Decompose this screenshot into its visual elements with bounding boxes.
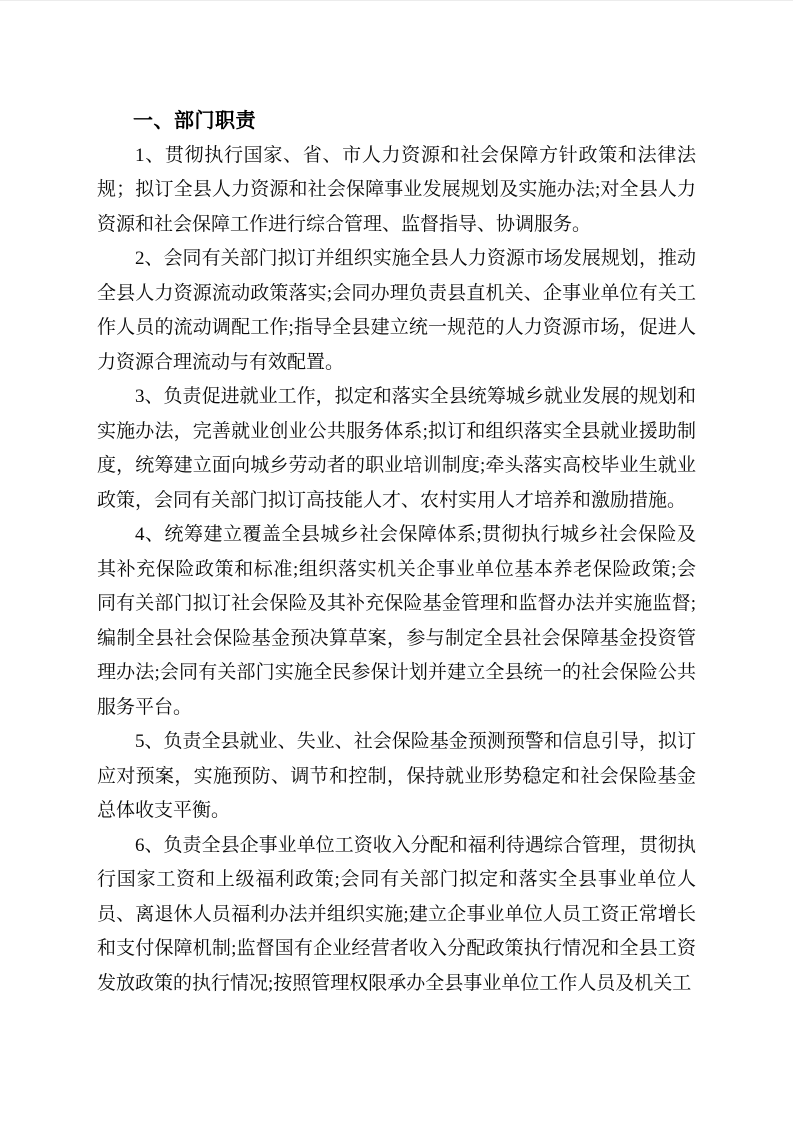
section-heading: 一、部门职责: [97, 104, 696, 139]
paragraph-duty-4: 4、统筹建立覆盖全县城乡社会保障体系;贯彻执行城乡社会保险及其补充保险政策和标准…: [97, 518, 696, 725]
paragraph-duty-1: 1、贯彻执行国家、省、市人力资源和社会保障方针政策和法律法规；拟订全县人力资源和…: [97, 139, 696, 243]
paragraph-duty-6: 6、负责全县企事业单位工资收入分配和福利待遇综合管理，贯彻执行国家工资和上级福利…: [97, 829, 696, 1002]
document-page-background: { "document": { "heading": "一、部门职责", "pa…: [0, 0, 793, 1122]
document-page: 一、部门职责 1、贯彻执行国家、省、市人力资源和社会保障方针政策和法律法规；拟订…: [0, 0, 793, 1122]
page-top-edge: [0, 0, 793, 1]
paragraph-duty-3: 3、负责促进就业工作，拟定和落实全县统筹城乡就业发展的规划和实施办法，完善就业创…: [97, 380, 696, 518]
paragraph-duty-5: 5、负责全县就业、失业、社会保险基金预测预警和信息引导，拟订应对预案，实施预防、…: [97, 725, 696, 829]
paragraph-duty-2: 2、会同有关部门拟订并组织实施全县人力资源市场发展规划，推动全县人力资源流动政策…: [97, 242, 696, 380]
